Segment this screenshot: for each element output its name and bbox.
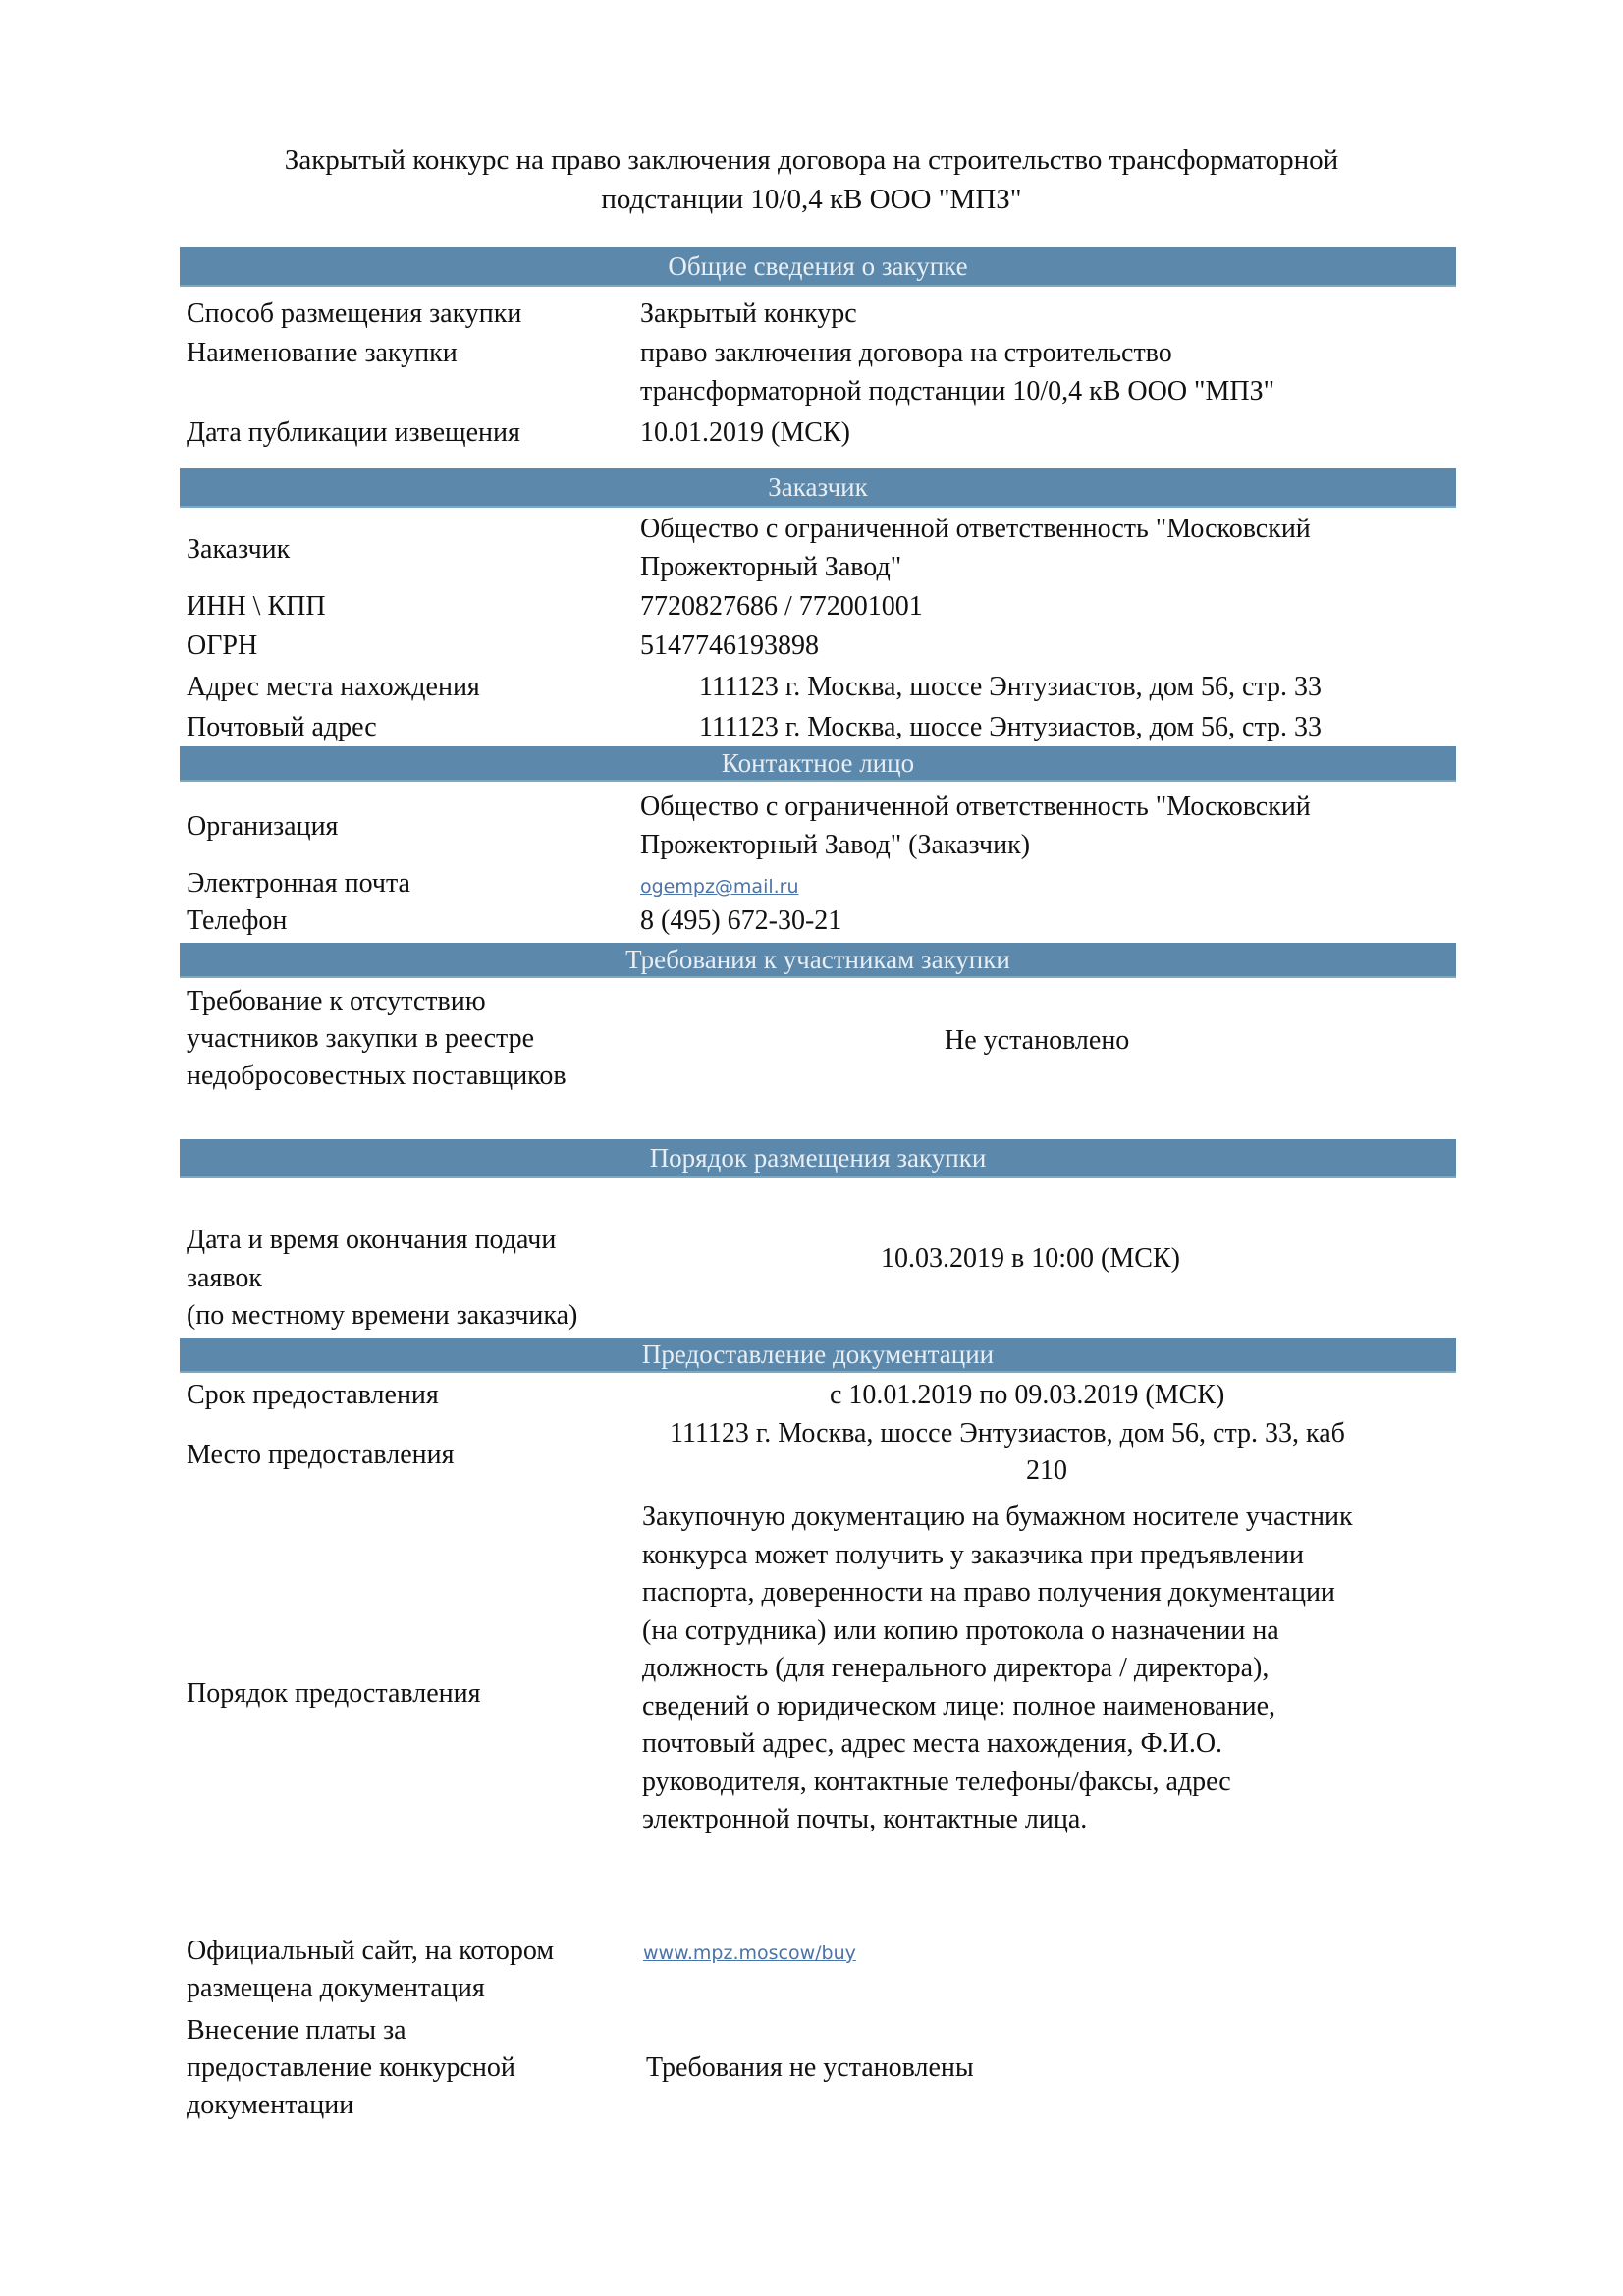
section-header-procedure: Порядок размещения закупки	[180, 1139, 1456, 1176]
value-deadline: 10.03.2019 в 10:00 (МСК)	[881, 1239, 1180, 1278]
procedure-line: должность (для генерального директора / …	[642, 1649, 1269, 1687]
title-line-1: Закрытый конкурс на право заключения дог…	[0, 140, 1623, 180]
procedure-line: конкурса может получить у заказчика при …	[642, 1536, 1304, 1574]
section-header-general: Общие сведения о закупке	[180, 247, 1456, 285]
section-header-documentation: Предоставление документации	[180, 1338, 1456, 1371]
section-header-customer: Заказчик	[180, 468, 1456, 506]
value-purchase-name-1: право заключения договора на строительст…	[640, 334, 1172, 372]
value-location-address: 111123 г. Москва, шоссе Энтузиастов, дом…	[699, 668, 1322, 706]
label-registry-3: недобросовестных поставщиков	[187, 1057, 567, 1095]
label-method: Способ размещения закупки	[187, 295, 521, 333]
value-period: с 10.01.2019 по 09.03.2019 (МСК)	[830, 1376, 1224, 1414]
procedure-line: паспорта, доверенности на право получени…	[642, 1573, 1335, 1612]
label-procedure: Порядок предоставления	[187, 1674, 480, 1713]
label-fee-1: Внесение платы за	[187, 2011, 406, 2050]
label-site-1: Официальный сайт, на котором	[187, 1932, 554, 1970]
value-organization-1: Общество с ограниченной ответственность …	[640, 788, 1311, 826]
label-deadline-1: Дата и время окончания подачи	[187, 1221, 556, 1259]
value-place-1: 111123 г. Москва, шоссе Энтузиастов, дом…	[670, 1414, 1345, 1452]
procedure-line: руководителя, контактные телефоны/факсы,…	[642, 1763, 1231, 1801]
value-phone: 8 (495) 672-30-21	[640, 902, 841, 940]
procedure-line: почтовый адрес, адрес места нахождения, …	[642, 1724, 1222, 1763]
procedure-line: (на сотрудника) или копию протокола о на…	[642, 1612, 1279, 1650]
label-email: Электронная почта	[187, 864, 410, 902]
label-period: Срок предоставления	[187, 1376, 439, 1414]
label-ogrn: ОГРН	[187, 627, 257, 665]
label-registry-1: Требование к отсутствию	[187, 982, 486, 1020]
label-deadline-3: (по местному времени заказчика)	[187, 1296, 577, 1335]
title-line-2: подстанции 10/0,4 кВ ООО "МПЗ"	[0, 180, 1623, 219]
value-inn-kpp: 7720827686 / 772001001	[640, 587, 923, 626]
value-ogrn: 5147746193898	[640, 627, 819, 665]
label-site-2: размещена документация	[187, 1969, 485, 2007]
label-phone: Телефон	[187, 902, 287, 940]
label-publication-date: Дата публикации извещения	[187, 413, 520, 452]
value-method: Закрытый конкурс	[640, 295, 857, 333]
label-postal-address: Почтовый адрес	[187, 708, 377, 746]
label-location-address: Адрес места нахождения	[187, 668, 480, 706]
label-purchase-name: Наименование закупки	[187, 334, 458, 372]
procedure-line: сведений о юридическом лице: полное наим…	[642, 1687, 1275, 1725]
value-purchase-name-2: трансформаторной подстанции 10/0,4 кВ ОО…	[640, 372, 1274, 410]
value-postal-address: 111123 г. Москва, шоссе Энтузиастов, дом…	[699, 708, 1322, 746]
value-customer-1: Общество с ограниченной ответственность …	[640, 510, 1311, 548]
value-place-2: 210	[1026, 1451, 1067, 1490]
label-fee-3: документации	[187, 2086, 353, 2124]
official-site-link[interactable]: www.mpz.moscow/buy	[643, 1935, 856, 1973]
document-title: Закрытый конкурс на право заключения дог…	[0, 140, 1623, 219]
label-place: Место предоставления	[187, 1436, 454, 1474]
section-header-contact: Контактное лицо	[180, 746, 1456, 780]
value-publication-date: 10.01.2019 (МСК)	[640, 413, 850, 452]
value-registry: Не установлено	[945, 1021, 1129, 1060]
procedure-line: электронной почты, контактные лица.	[642, 1800, 1087, 1838]
section-header-requirements: Требования к участникам закупки	[180, 943, 1456, 976]
label-customer: Заказчик	[187, 530, 290, 569]
procedure-line: Закупочную документацию на бумажном носи…	[642, 1498, 1353, 1536]
label-deadline-2: заявок	[187, 1259, 262, 1297]
label-organization: Организация	[187, 807, 338, 846]
value-customer-2: Прожекторный Завод"	[640, 548, 901, 586]
label-registry-2: участников закупки в реестре	[187, 1019, 534, 1058]
value-fee: Требования не установлены	[646, 2049, 974, 2087]
value-organization-2: Прожекторный Завод" (Заказчик)	[640, 826, 1030, 864]
label-fee-2: предоставление конкурсной	[187, 2049, 515, 2087]
label-inn-kpp: ИНН \ КПП	[187, 587, 326, 626]
